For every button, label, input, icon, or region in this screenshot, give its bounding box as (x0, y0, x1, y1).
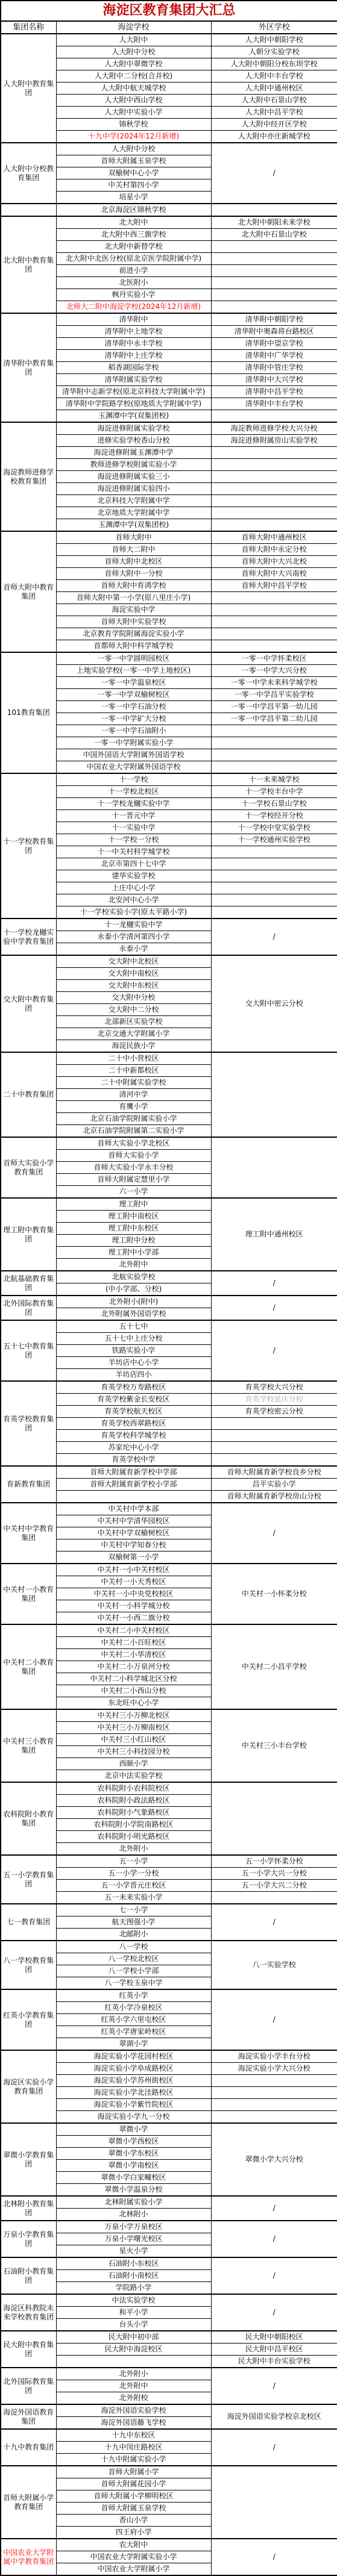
haidian-school-cell: 东北旺中心小学 (56, 1697, 211, 1710)
haidian-school-cell: 中关村二小科学城北区分校 (56, 1673, 211, 1685)
haidian-school-cell: 北京地质大学附属中学 (56, 507, 211, 519)
outer-district-school-cell (211, 640, 337, 653)
haidian-school-cell: 万泉小学万泉校区 (56, 2221, 211, 2233)
group-name-cell: 八一学校教育集团 (1, 1941, 56, 1989)
haidian-school-cell: 中关村三小科技园分校 (56, 1746, 211, 1758)
table-row: 首师大实验小学教育集团首师大实验小学北校区 (1, 1137, 337, 1150)
haidian-school-cell: 海淀实验小学花园村校区 (56, 2050, 211, 2063)
haidian-school-cell: 中关村中学知春分校 (56, 1539, 211, 1552)
outer-district-school-cell: 十一学校石景山学校 (211, 798, 337, 810)
haidian-school-cell: 首都师大附中科学城学校 (56, 640, 211, 653)
haidian-school-cell: 羊坊店中心小学 (56, 1357, 211, 1369)
outer-district-school-cell: 十一学校丰台中学 (211, 786, 337, 798)
outer-district-school-cell (211, 410, 337, 423)
outer-district-school-merged-cell: / (211, 1989, 337, 2050)
table-row: 人大附中分校教育集团人大附中分校/ (1, 143, 337, 155)
haidian-school-cell: 北京交通大学附属小学 (56, 1028, 211, 1040)
haidian-school-cell: 锦秋学校 (56, 119, 211, 131)
table-row: 中关村中学教育集团中关村中学本部/ (1, 1503, 337, 1515)
group-name-cell: 海淀外国语教育集团 (1, 2404, 56, 2429)
outer-district-school-cell: 清华附中朝阳学校 (211, 313, 337, 326)
haidian-school-cell (56, 2356, 211, 2368)
haidian-school-cell: 交大附中东校区 (56, 980, 211, 992)
outer-district-school-cell: 一零一中学大兴分校 (211, 665, 337, 677)
haidian-school-cell: 八一学校 (56, 1941, 211, 1953)
haidian-school-cell: 稻香湖国际学校 (56, 362, 211, 374)
table-row: 101教育集团一零一中学圆明园校区一零一中学怀柔校区 (1, 652, 337, 665)
outer-district-school-cell (211, 519, 337, 532)
haidian-school-cell: 首师大附属玉泉学校 (56, 155, 211, 167)
haidian-school-cell: 北大附中新替学校 (56, 241, 211, 253)
table-row: 民大附中教育集团民大附中初中部民大附中朝阳校区 (1, 2331, 337, 2344)
haidian-school-cell: 首师大附属小学柳明校区 (56, 2490, 211, 2503)
outer-district-school-merged-cell: / (211, 143, 337, 204)
education-groups-table: 海淀区教育集团大汇总 集团名称 海淀学校 外区学校 人大附中教育集团人大附中人大… (0, 0, 337, 2576)
group-name-cell: 首师大实验小学教育集团 (1, 1137, 56, 1198)
haidian-school-cell: 一零一中学石油分校 (56, 701, 211, 713)
haidian-school-cell: 人大附中分校 (56, 143, 211, 155)
haidian-school-cell: 育英学校中学 (56, 1454, 211, 1467)
page-title: 海淀区教育集团大汇总 (1, 1, 337, 21)
haidian-school-cell: 首师大附属花园小学 (56, 2478, 211, 2490)
haidian-school-cell: 十一学校龙樾实验中学 (56, 798, 211, 810)
table-row: 五十七中教育集团五十七中/ (1, 1320, 337, 1333)
outer-district-school-merged-cell (211, 2466, 337, 2539)
table-row: 中国农业大学附属中学教育集团农大附中/ (1, 2539, 337, 2551)
table-row: 交大附中教育集团交大附中北校区交大附中密云分校 (1, 955, 337, 968)
haidian-school-cell: 翠微小学西校区 (56, 2136, 211, 2148)
haidian-school-cell: 翠微小学南校区 (56, 2160, 211, 2172)
haidian-school-cell: 北京石油学院附属实验小学 (56, 1113, 211, 1125)
outer-district-school-merged-cell: / (211, 2221, 337, 2257)
haidian-school-cell: 农科院附小政法路校区 (56, 1795, 211, 1807)
haidian-school-cell: 清华附中上庄学校 (56, 350, 211, 362)
haidian-school-cell: 中国农业大学附属外国语学校 (56, 761, 211, 774)
haidian-school-cell: 十一学校 (56, 773, 211, 786)
table-row: 北林附小教育集团北林附属实验小学/ (1, 2196, 337, 2209)
outer-district-school-merged-cell: / (211, 2539, 337, 2575)
outer-district-school-merged-cell: 理工附中通州校区 (211, 1198, 337, 1271)
group-name-cell: 海淀教师进修学校教育集团 (1, 422, 56, 531)
haidian-school-cell: 台头小学 (56, 2319, 211, 2331)
haidian-school-cell: 二十中新都校区 (56, 1065, 211, 1077)
haidian-school-cell: 一零一中学矿大分校 (56, 713, 211, 725)
table-row: 北外国际教育集团北外附小(附中)/ (1, 1296, 337, 1308)
haidian-school-cell: 一零一中学石油附小 (56, 725, 211, 737)
haidian-school-cell: 枫丹实验小学 (56, 289, 211, 301)
outer-district-school-cell: 北大附中石景山学校 (211, 229, 337, 241)
outer-district-school-merged-cell: 中关村三小丰台学校 (211, 1709, 337, 1782)
outer-district-school-merged-cell: 中关村一小怀柔分校 (211, 1564, 337, 1624)
outer-district-school-cell (211, 725, 337, 737)
haidian-school-cell: 人大附中二分校(合并校) (56, 70, 211, 83)
group-name-cell: 海淀区实验小学教育集团 (1, 2050, 56, 2123)
outer-district-school-merged-cell: 中关村二小昌平学校 (211, 1624, 337, 1709)
haidian-school-cell: 十一学校北校区 (56, 786, 211, 798)
table-row: 八一学校教育集团八一学校八一实验学校 (1, 1941, 337, 1953)
haidian-school-cell: 首师大附属育新学校中学部 (56, 1466, 211, 1479)
haidian-school-cell: 育英学校西翠路校区 (56, 1418, 211, 1430)
outer-district-school-cell: 一零一中学昌平实验学校 (211, 689, 337, 701)
outer-district-school-cell: 首师大附中大兴北校 (211, 556, 337, 568)
haidian-school-cell: 翠微小学 (56, 2123, 211, 2136)
table-row: 万泉小学教育集团万泉小学万泉校区/ (1, 2221, 337, 2233)
haidian-school-cell: 六一小学 (56, 1186, 211, 1199)
haidian-school-cell: 理工附中分校 (56, 1235, 211, 1247)
group-name-cell: 北航基础教育集团 (1, 1271, 56, 1296)
outer-district-school-cell: 清华附中奥森将台路校区 (211, 326, 337, 338)
haidian-school-cell: 双榆树第一小学 (56, 1552, 211, 1564)
outer-district-school-cell (211, 289, 337, 301)
table-row: 农科院附小教育集团农科院附小农科院校区 (1, 1782, 337, 1795)
haidian-school-cell: 首师大附属育新学校小学部 (56, 1479, 211, 1491)
haidian-school-cell: 海淀实验小学紫竹院校区 (56, 2099, 211, 2111)
group-name-cell: 十九中教育集团 (1, 2429, 56, 2466)
group-name-cell: 人大附中分校教育集团 (1, 143, 56, 204)
outer-district-school-cell: 十一未来城学校 (211, 773, 337, 786)
outer-district-school-merged-cell: 翠微小学大兴分校 (211, 2123, 337, 2196)
table-row: 海淀外国语教育集团海淀外国语实验学校海淀外国语实验学校京北校区 (1, 2404, 337, 2417)
haidian-school-cell: 北师大二附中海淀学校(2024年12月新增) (56, 301, 211, 314)
column-header-group-name: 集团名称 (1, 21, 56, 34)
outer-district-school-cell: 清华附中管庄学校 (211, 362, 337, 374)
haidian-school-cell: 北京石油学院附属第二实验小学 (56, 1125, 211, 1138)
haidian-school-cell: 首师大实验小学北校区 (56, 1137, 211, 1150)
haidian-school-cell: 首师大附中北校区 (56, 556, 211, 568)
outer-district-school-cell: 五一小学大兴二分校 (211, 1880, 337, 1892)
haidian-school-cell: 海淀进修附属实验三小 (56, 471, 211, 483)
haidian-school-cell: 人大附中实验小学 (56, 107, 211, 119)
outer-district-school-cell: 海淀进修附属房山实验学校 (211, 435, 337, 447)
haidian-school-cell: 海淀进修附属实验学校 (56, 422, 211, 435)
haidian-school-cell: 永泰小学 (56, 943, 211, 956)
outer-district-school-merged-cell: / (211, 1296, 337, 1320)
haidian-school-cell: 中关村一小中关村校区 (56, 1564, 211, 1576)
haidian-school-cell: 北外附小 (56, 2368, 211, 2380)
table-row: 翠微小学教育集团翠微小学翠微小学大兴分校 (1, 2123, 337, 2136)
outer-district-school-cell: 民大附中朝阳校区 (211, 2331, 337, 2344)
outer-district-school-merged-cell (211, 1052, 337, 1137)
table-row: 中关村三小教育集团中关村三小万柳北校区中关村三小丰台学校 (1, 1709, 337, 1722)
group-name-cell: 交大附中教育集团 (1, 955, 56, 1052)
group-name-cell: 北外国际教育集团 (1, 1296, 56, 1320)
haidian-school-cell: 十九中附属实验小学 (56, 2454, 211, 2466)
haidian-school-cell: 中关村二小华清校区 (56, 1649, 211, 1661)
haidian-school-cell: 中关村二小西山分校 (56, 1685, 211, 1697)
haidian-school-cell: 清华附中志新学校(原北京科技大学附属中学) (56, 386, 211, 398)
haidian-school-cell: 北航实验学校 (56, 1271, 211, 1283)
outer-district-school-merged-cell: / (211, 2429, 337, 2466)
haidian-school-cell: 二十中附属实验学校 (56, 1077, 211, 1089)
outer-district-school-cell (211, 1454, 337, 1467)
haidian-school-cell: 一零一中学圆明园校区 (56, 652, 211, 665)
haidian-school-cell: 农大附中 (56, 2539, 211, 2551)
outer-district-school-merged-cell (211, 204, 337, 216)
outer-district-school-merged-cell: / (211, 1271, 337, 1296)
haidian-school-cell: 中关村二小百旺校区 (56, 1637, 211, 1649)
outer-district-school-cell: 首师大附中永定分校 (211, 544, 337, 556)
haidian-school-cell: 首师大附中第一小学(原八里庄小学) (56, 592, 211, 604)
haidian-school-cell: 十九中学(2024年12月新增) (56, 131, 211, 143)
haidian-school-cell: 中关村二小万泉河分校 (56, 1661, 211, 1673)
haidian-school-cell: 前进小学 (56, 265, 211, 277)
haidian-school-cell: 十一学校一分校 (56, 834, 211, 846)
outer-district-school-merged-cell: / (211, 1320, 337, 1381)
group-name-cell: 人大附中教育集团 (1, 34, 56, 143)
haidian-school-cell: 海淀实验小学苏州街校区 (56, 2075, 211, 2087)
haidian-school-cell: 理工附中南校区 (56, 1211, 211, 1223)
table-row: 中关村一小教育集团中关村一小中关村校区中关村一小怀柔分校 (1, 1564, 337, 1576)
outer-district-school-cell: 十一学校通州实验学校 (211, 834, 337, 846)
haidian-school-cell: 教师进修学校附属实验小学 (56, 459, 211, 471)
haidian-school-cell: 五十七中上庄分校 (56, 1333, 211, 1345)
haidian-school-cell: 学院路小学 (56, 2282, 211, 2295)
haidian-school-cell: 清华附中上地学校 (56, 326, 211, 338)
haidian-school-cell: 十九中闵庄路校区 (56, 2442, 211, 2454)
haidian-school-cell: 五一未来实验小学 (56, 1892, 211, 1904)
outer-district-school-cell: 首师大附中昌平学校 (211, 580, 337, 592)
haidian-school-cell: 十一中关村科学城学校 (56, 846, 211, 858)
outer-district-school-cell: 清华附中广华学校 (211, 350, 337, 362)
outer-district-school-cell: 首师大附属育新学校良乡分校 (211, 1466, 337, 1479)
group-name-cell: 中关村三小教育集团 (1, 1709, 56, 1782)
table-row: 十一学校教育集团十一学校十一未来城学校 (1, 773, 337, 786)
group-name-cell: 石油附小教育集团 (1, 2257, 56, 2294)
group-name-cell: 理工附中教育集团 (1, 1198, 56, 1271)
outer-district-school-cell (211, 749, 337, 761)
haidian-school-cell: 上地实验学校(一零一中学上地校区) (56, 665, 211, 677)
group-name-cell: 中关村一小教育集团 (1, 1564, 56, 1624)
haidian-school-cell: 十一龙樾实验中学 (56, 918, 211, 931)
group-name-cell: 北外国际教育集团 (1, 2368, 56, 2404)
haidian-school-cell: 北林附属实验小学 (56, 2196, 211, 2209)
haidian-school-cell (56, 1491, 211, 1503)
haidian-school-cell: 育英学校紫金长安校区 (56, 1394, 211, 1406)
outer-district-school-cell: 北大附中朝阳未来学校 (211, 216, 337, 229)
haidian-school-cell: 首师大附属小学 (56, 2466, 211, 2478)
haidian-school-cell: 中关村中学双榆树校区 (56, 1527, 211, 1539)
haidian-school-cell: 人大附中翠微学校 (56, 58, 211, 70)
haidian-school-cell: 交大附中南校区 (56, 968, 211, 980)
haidian-school-cell: 中国外国语大学附属外国语学校 (56, 749, 211, 761)
table-row: 十九中教育集团十九中东校区/ (1, 2429, 337, 2442)
haidian-school-cell: 一零一中学双榆树校区 (56, 689, 211, 701)
outer-district-school-cell: 首师大附中大兴南校 (211, 568, 337, 580)
group-name-cell: 清华附中教育集团 (1, 313, 56, 422)
haidian-school-cell: 双榆树中心小学 (56, 167, 211, 179)
column-header-haidian-school: 海淀学校 (56, 21, 211, 34)
group-name-cell: 首师大附中教育集团 (1, 531, 56, 652)
haidian-school-cell: 石油附小东校区 (56, 2257, 211, 2270)
column-header-outer-district-school: 外区学校 (211, 21, 337, 34)
haidian-school-cell: 民大附中海淀校区 (56, 2344, 211, 2356)
outer-district-school-cell: 民大附中昌平校区 (211, 2344, 337, 2356)
haidian-school-cell: 北京教育学院附属海淀实验小学 (56, 628, 211, 640)
group-name-cell: 育新教育集团 (1, 1466, 56, 1503)
outer-district-school-merged-cell: / (211, 918, 337, 955)
haidian-school-cell: 清华附中学院路学校(原地质大学附属中学) (56, 398, 211, 410)
haidian-school-cell: 一零一中学附属实验小学 (56, 737, 211, 749)
table-row: 育新教育集团首师大附属育新学校中学部首师大附属育新学校良乡分校 (1, 1466, 337, 1479)
haidian-school-cell: 中关村二小中关村校区 (56, 1624, 211, 1637)
table-row: 首师大附属小学教育集团首师大附属小学 (1, 2466, 337, 2478)
outer-district-school-cell: 海淀实验小学丰台分校 (211, 2050, 337, 2063)
haidian-school-cell: 农科院附小学院南路校区 (56, 1819, 211, 1831)
outer-district-school-cell (211, 882, 337, 894)
haidian-school-cell: 石油附小南校区 (56, 2270, 211, 2282)
haidian-school-cell: 北邮附小 (56, 1929, 211, 1941)
outer-district-school-cell: 人朝分实验学校 (211, 46, 337, 58)
haidian-school-cell: 首师大实验小学 (56, 1150, 211, 1162)
group-name-cell: 七一教育集团 (1, 1904, 56, 1941)
haidian-school-cell: 育英学校科学城学校 (56, 1430, 211, 1442)
outer-district-school-merged-cell: 交大附中密云分校 (211, 955, 337, 1052)
outer-district-school-cell: 首师大附属育新学校房山分校 (211, 1491, 337, 1503)
outer-district-school-cell (211, 2075, 337, 2087)
table-row: 二十中教育集团二十中小营校区 (1, 1052, 337, 1065)
haidian-school-cell: 玉渊潭中学(双集团校) (56, 410, 211, 423)
haidian-school-cell: 十一实验中学 (56, 822, 211, 834)
outer-district-school-cell (211, 277, 337, 289)
haidian-school-cell: 北部新区实验学校 (56, 1016, 211, 1028)
haidian-school-cell: 海淀外国语实验学校 (56, 2404, 211, 2417)
group-name-cell: 万泉小学教育集团 (1, 2221, 56, 2257)
outer-district-school-cell: 清华附中昌平学校 (211, 386, 337, 398)
table-row: 石油附小教育集团石油附小东校区/ (1, 2257, 337, 2270)
haidian-school-cell: 七一小学 (56, 1904, 211, 1916)
haidian-school-cell: 理工附中小学部 (56, 1247, 211, 1259)
haidian-school-cell: 中关村一小天秀校区 (56, 1576, 211, 1588)
haidian-school-cell: 红英小学冷泉校区 (56, 2002, 211, 2014)
haidian-school-cell: 五一小学 (56, 1855, 211, 1868)
table-row: 北京海淀区锦秋学校 (1, 204, 337, 216)
haidian-school-cell: 中关村中学清华园校区 (56, 1515, 211, 1527)
haidian-school-cell: 海淀实验小学北洼路校区 (56, 2087, 211, 2099)
haidian-school-cell: 北大附中 (56, 216, 211, 229)
groups-tbody: 人大附中教育集团人大附中人大附中朝阳学校人大附中分校人朝分实验学校人大附中翠微学… (1, 34, 337, 2575)
table-row: 育英学校教育集团育英学校万寿路校区育英学校大兴分校 (1, 1381, 337, 1394)
haidian-school-cell: 北京海淀区锦秋学校 (56, 204, 211, 216)
table-row: 北外国际教育集团北外附小/ (1, 2368, 337, 2380)
haidian-school-cell: 航天图强小学 (56, 1916, 211, 1929)
haidian-school-cell: 北外附小(附中) (56, 1296, 211, 1308)
haidian-school-cell: 建华实验学校 (56, 870, 211, 882)
haidian-school-cell: 香山小学 (56, 2515, 211, 2527)
outer-district-school-cell (211, 2087, 337, 2099)
haidian-school-cell: 十一晋元中学 (56, 810, 211, 822)
haidian-school-cell: 人大附中西山学校 (56, 95, 211, 107)
outer-district-school-merged-cell: 海淀外国语实验学校京北校区 (211, 2404, 337, 2429)
haidian-school-cell: 理工附中 (56, 1198, 211, 1211)
haidian-school-cell: 首师大附中 (56, 531, 211, 544)
header-row: 集团名称 海淀学校 外区学校 (1, 21, 337, 34)
haidian-school-cell: 一零一中学温泉校区 (56, 677, 211, 689)
haidian-school-cell: 中国农业大学附属小学 (56, 2563, 211, 2576)
haidian-school-cell: 理工附中东校区 (56, 1223, 211, 1235)
table-row: 红英小学教育集团红英小学/ (1, 1989, 337, 2002)
haidian-school-cell: 清华附属实验学校 (56, 374, 211, 386)
haidian-school-cell: 八一学校玉泉中学 (56, 1977, 211, 1990)
haidian-school-cell: 翠湖小学 (56, 2038, 211, 2051)
haidian-school-cell: 中关村一小西二旗分校 (56, 1612, 211, 1625)
haidian-school-cell: 中国农业大学附属实验小学 (56, 2551, 211, 2563)
outer-district-school-cell (211, 906, 337, 919)
outer-district-school-cell: 海淀教师进修学校大兴分校 (211, 422, 337, 435)
group-name-cell: 五一小学教育集团 (1, 1855, 56, 1904)
document-page: 海淀区教育集团大汇总 集团名称 海淀学校 外区学校 人大附中教育集团人大附中人大… (0, 0, 337, 2576)
haidian-school-cell: 翠微小学温泉分校 (56, 2184, 211, 2197)
outer-district-school-cell (211, 2099, 337, 2111)
outer-district-school-cell (211, 894, 337, 906)
haidian-school-cell: 五十七中 (56, 1320, 211, 1333)
haidian-school-cell: 海淀进修附属实验四小 (56, 483, 211, 495)
haidian-school-cell: 交大附中北校区 (56, 955, 211, 968)
outer-district-school-cell (211, 870, 337, 882)
haidian-school-cell: 人大附中 (56, 34, 211, 46)
haidian-school-cell: 首师大附属玉泉学校 (56, 2503, 211, 2515)
outer-district-school-merged-cell (211, 1782, 337, 1855)
group-name-cell: 海淀区科教院未来学校教育集团 (1, 2294, 56, 2331)
table-row: 海淀区实验小学教育集团海淀实验小学花园村校区海淀实验小学丰台分校 (1, 2050, 337, 2063)
haidian-school-cell: 交大附中分校 (56, 992, 211, 1004)
table-row: 海淀教师进修学校教育集团海淀进修附属实验学校海淀教师进修学校大兴分校 (1, 422, 337, 435)
haidian-school-cell: 海淀进修附属玉渊潭中学 (56, 447, 211, 459)
outer-district-school-cell: 十一学校中堂实验学校 (211, 822, 337, 834)
haidian-school-cell: 十九中东校区 (56, 2429, 211, 2442)
table-row: 人大附中教育集团人大附中人大附中朝阳学校 (1, 34, 337, 46)
outer-district-school-cell: 五一小学怀柔分校 (211, 1855, 337, 1868)
outer-district-school-cell: 人大附中丰台学校 (211, 70, 337, 83)
haidian-school-cell: 清华附中永丰学校 (56, 338, 211, 350)
haidian-school-cell: 育英学校万寿路校区 (56, 1381, 211, 1394)
haidian-school-cell: 北外附属外国语学校 (56, 1308, 211, 1321)
outer-district-school-cell (211, 737, 337, 749)
outer-district-school-cell (211, 1418, 337, 1430)
outer-district-school-cell: 育英学校大兴分校 (211, 1381, 337, 1394)
outer-district-school-cell: 一零一中学怀柔校区 (211, 652, 337, 665)
haidian-school-cell: 和平小学 (56, 2307, 211, 2319)
table-row: 海淀区科教院未来学校教育集团中法实验学校/ (1, 2294, 337, 2307)
haidian-school-cell: 交大附中二分校 (56, 1004, 211, 1016)
outer-district-school-cell (211, 507, 337, 519)
group-name-cell: 育英学校教育集团 (1, 1381, 56, 1466)
haidian-school-cell: (中小学部、分校) (56, 1283, 211, 1296)
haidian-school-cell: 北大附中北医分校(原北京医学院附属中学) (56, 253, 211, 265)
outer-district-school-cell: 昌平实验小学 (211, 1479, 337, 1491)
haidian-school-cell: 羊坊店四小 (56, 1369, 211, 1382)
haidian-school-cell: 红英小学六里屯校区 (56, 2014, 211, 2026)
outer-district-school-cell: 人大附中石景山学校 (211, 95, 337, 107)
outer-district-school-cell: 人大附中朝阳分校东坝学校 (211, 58, 337, 70)
haidian-school-cell: 红英小学 (56, 1989, 211, 2002)
haidian-school-cell: 海淀实验中学 (56, 604, 211, 616)
haidian-school-cell: 清河中学 (56, 1089, 211, 1101)
outer-district-school-cell (211, 761, 337, 774)
outer-district-school-cell (211, 628, 337, 640)
haidian-school-cell: 首师大实验小学永丰分校 (56, 1162, 211, 1174)
haidian-school-cell: 万泉小学曙光校区 (56, 2233, 211, 2245)
outer-district-school-cell (211, 447, 337, 459)
outer-district-school-cell (211, 253, 337, 265)
table-row: 十一学校龙樾实验中学教育集团十一龙樾实验中学/ (1, 918, 337, 931)
haidian-school-cell: 农科院附小农科院校区 (56, 1782, 211, 1795)
haidian-school-cell: 北大附中西三旗学校 (56, 229, 211, 241)
haidian-school-cell: 进修实验学校香山分校 (56, 435, 211, 447)
outer-district-school-cell (211, 1892, 337, 1904)
haidian-school-cell: 育英学校航天校区 (56, 1406, 211, 1418)
outer-district-school-cell (211, 2111, 337, 2124)
haidian-school-cell: 农科院附小明光路校区 (56, 1831, 211, 1843)
